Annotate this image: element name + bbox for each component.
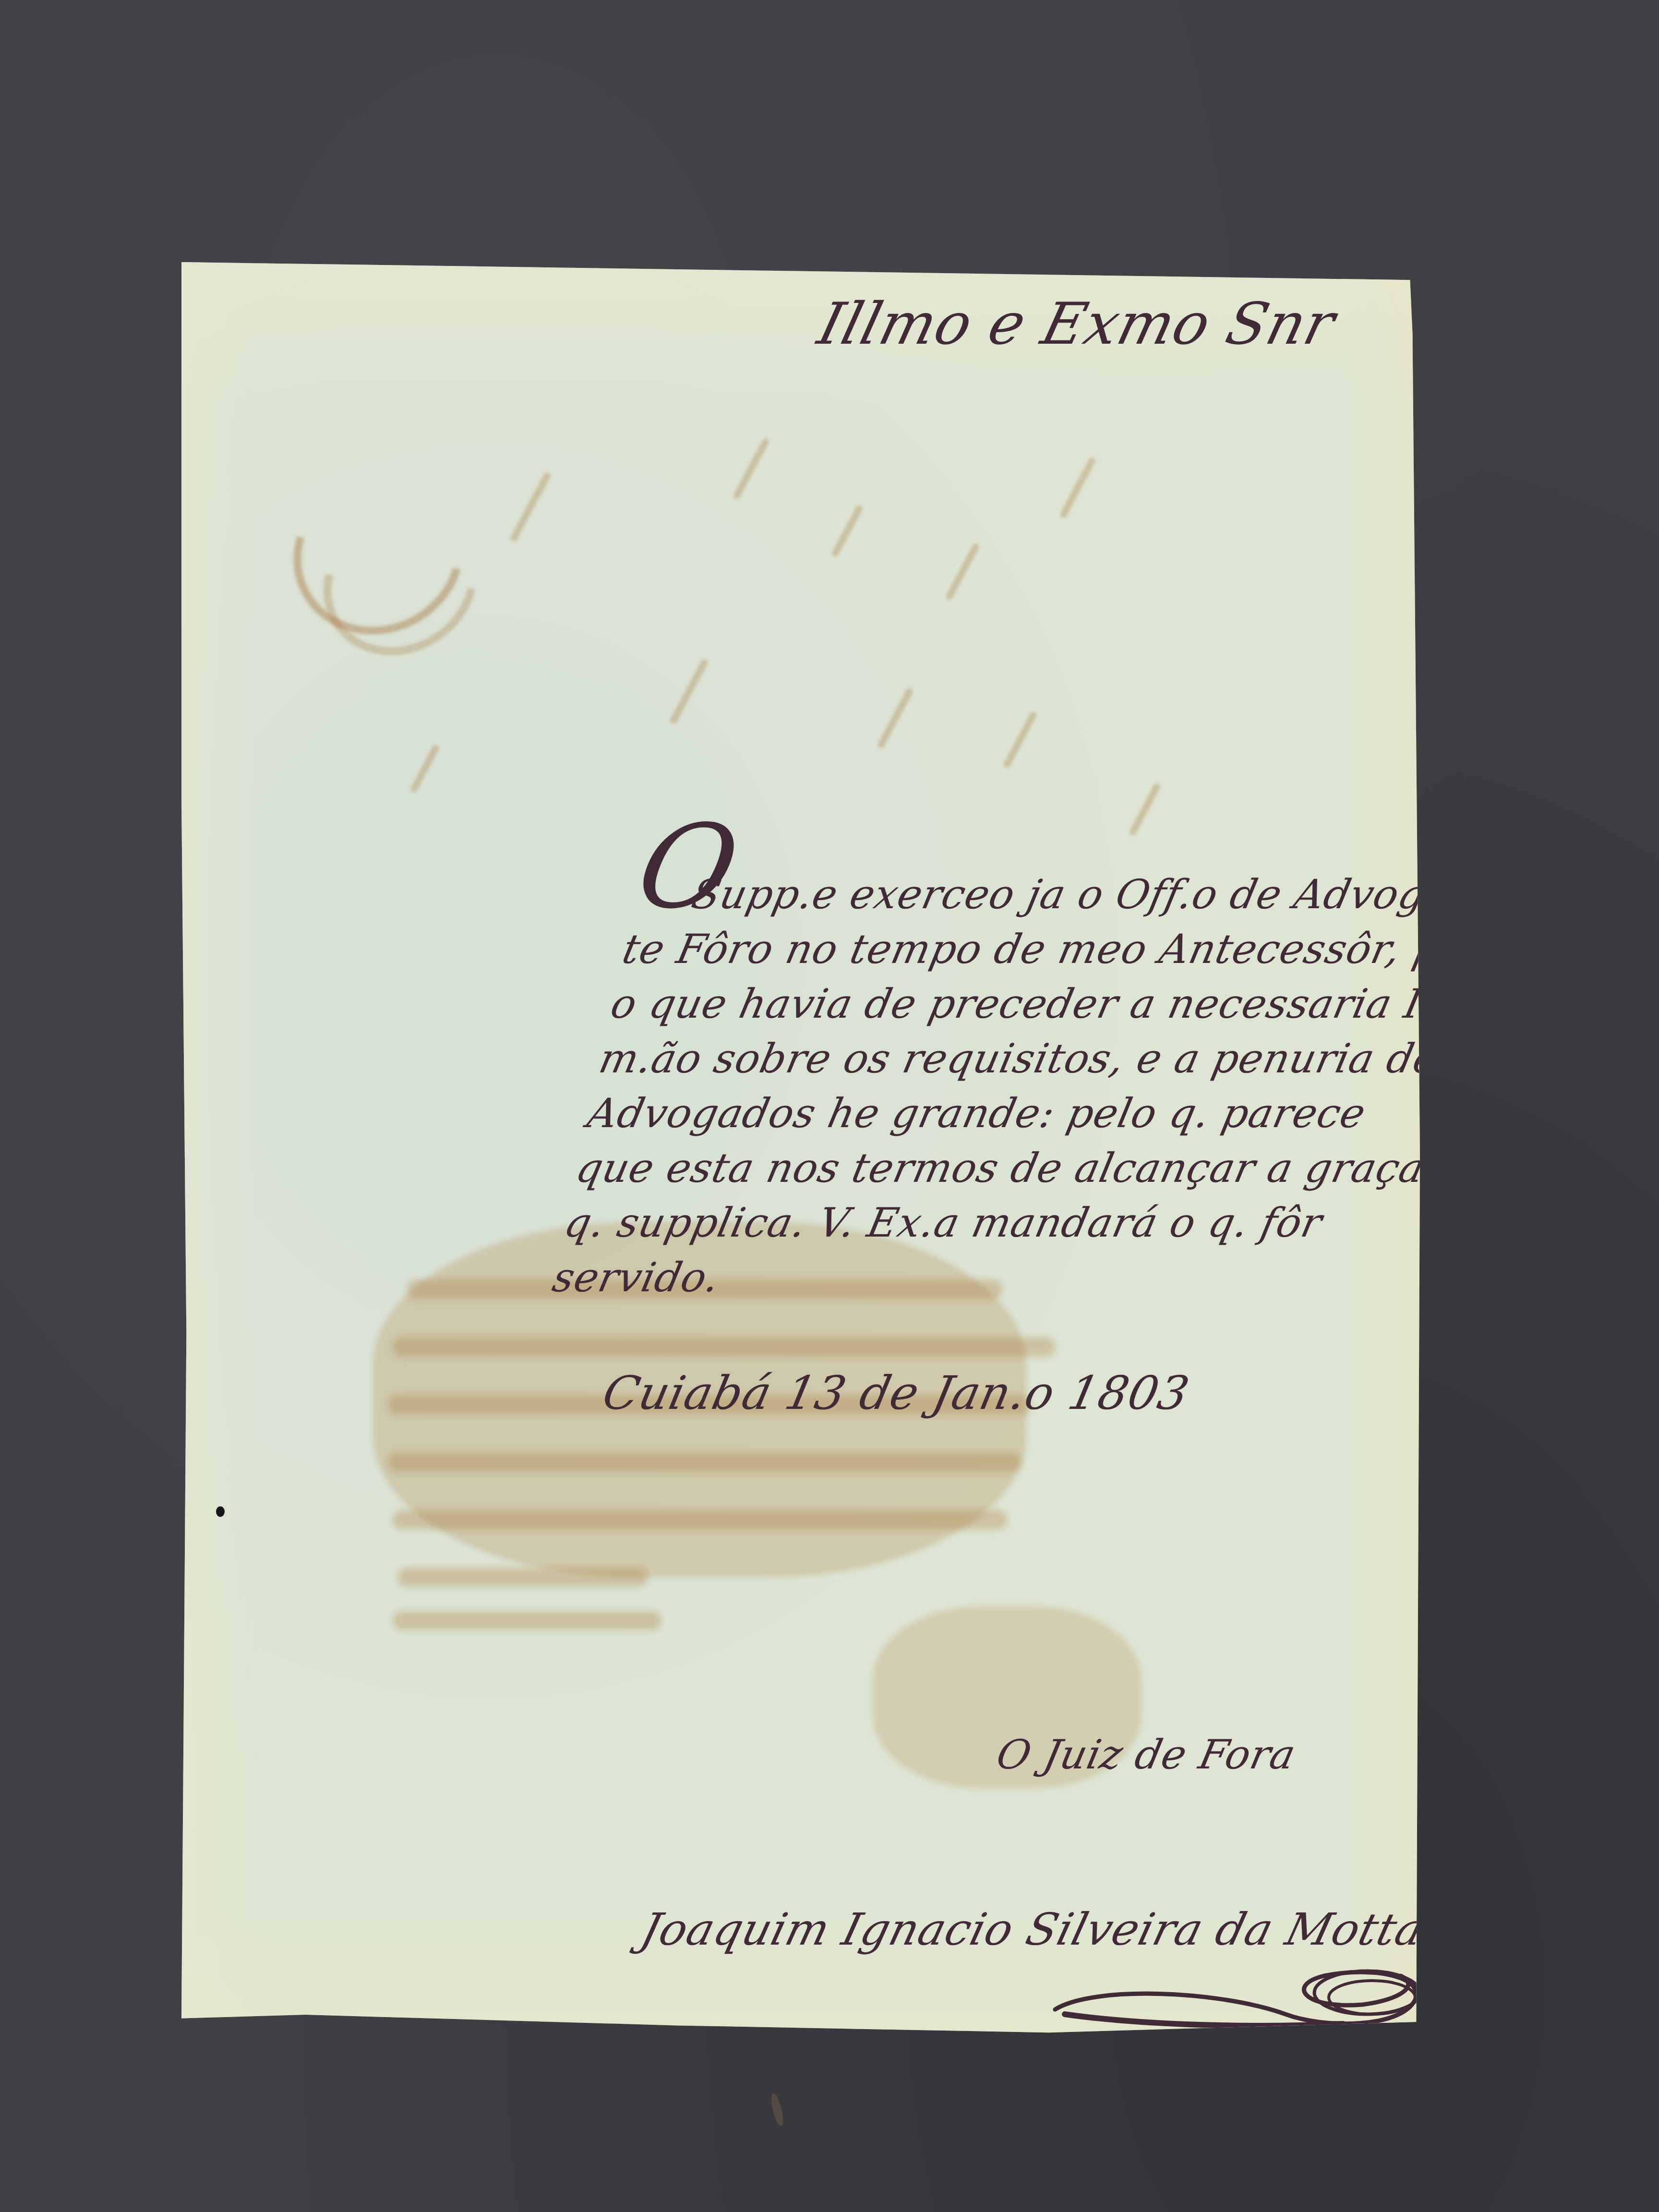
signature: Joaquim Ignacio Silveira da Motta: [636, 1904, 1430, 1955]
body-line: o que havia de preceder a necessaria Inf…: [606, 976, 1545, 1031]
bleed-through-stroke: [831, 504, 864, 558]
board-debris-mark: [769, 2092, 785, 2127]
signature-flourish-icon: [1036, 1957, 1430, 2033]
bleed-through-line: [388, 1453, 1022, 1472]
bleed-through-stroke: [1129, 782, 1162, 837]
bleed-through-stroke: [1002, 710, 1037, 769]
manuscript-sheet: Illmo e Exmo Snr O Supp.e exerceo ja o O…: [181, 262, 1420, 2047]
dateline: Cuiabá 13 de Jan.o 1803: [598, 1366, 1194, 1420]
bleed-through-line: [393, 1611, 661, 1630]
body-line: servido.: [548, 1250, 1487, 1305]
body-line: q. supplica. V. Ex.a mandará o q. fôr: [559, 1195, 1498, 1250]
bleed-through-line: [393, 1510, 1007, 1529]
ink-spot: [216, 1506, 225, 1517]
bleed-through-stroke: [877, 687, 914, 749]
bleed-through-stroke: [409, 744, 440, 793]
letter-body: O Supp.e exerceo ja o Off.o de Advog.o n…: [548, 867, 1568, 1305]
bleed-through-stroke: [669, 658, 709, 725]
bleed-through-stroke: [509, 471, 551, 542]
salutation: Illmo e Exmo Snr: [812, 291, 1342, 358]
closing-title: O Juiz de Fora: [993, 1731, 1300, 1778]
body-line: m.ão sobre os requisitos, e a penuria de: [594, 1031, 1533, 1086]
bleed-through-line: [397, 1568, 647, 1587]
bleed-through-stroke: [733, 437, 770, 500]
body-line: Advogados he grande: pelo q. parece: [583, 1086, 1522, 1141]
bleed-through-stroke: [945, 542, 980, 601]
body-line: que esta nos termos de alcançar a graça: [571, 1141, 1510, 1195]
bleed-through-line: [393, 1337, 1055, 1357]
body-line: te Fôro no tempo de meo Antecessôr, p.a: [617, 922, 1556, 976]
bleed-through-stroke: [1059, 457, 1096, 519]
